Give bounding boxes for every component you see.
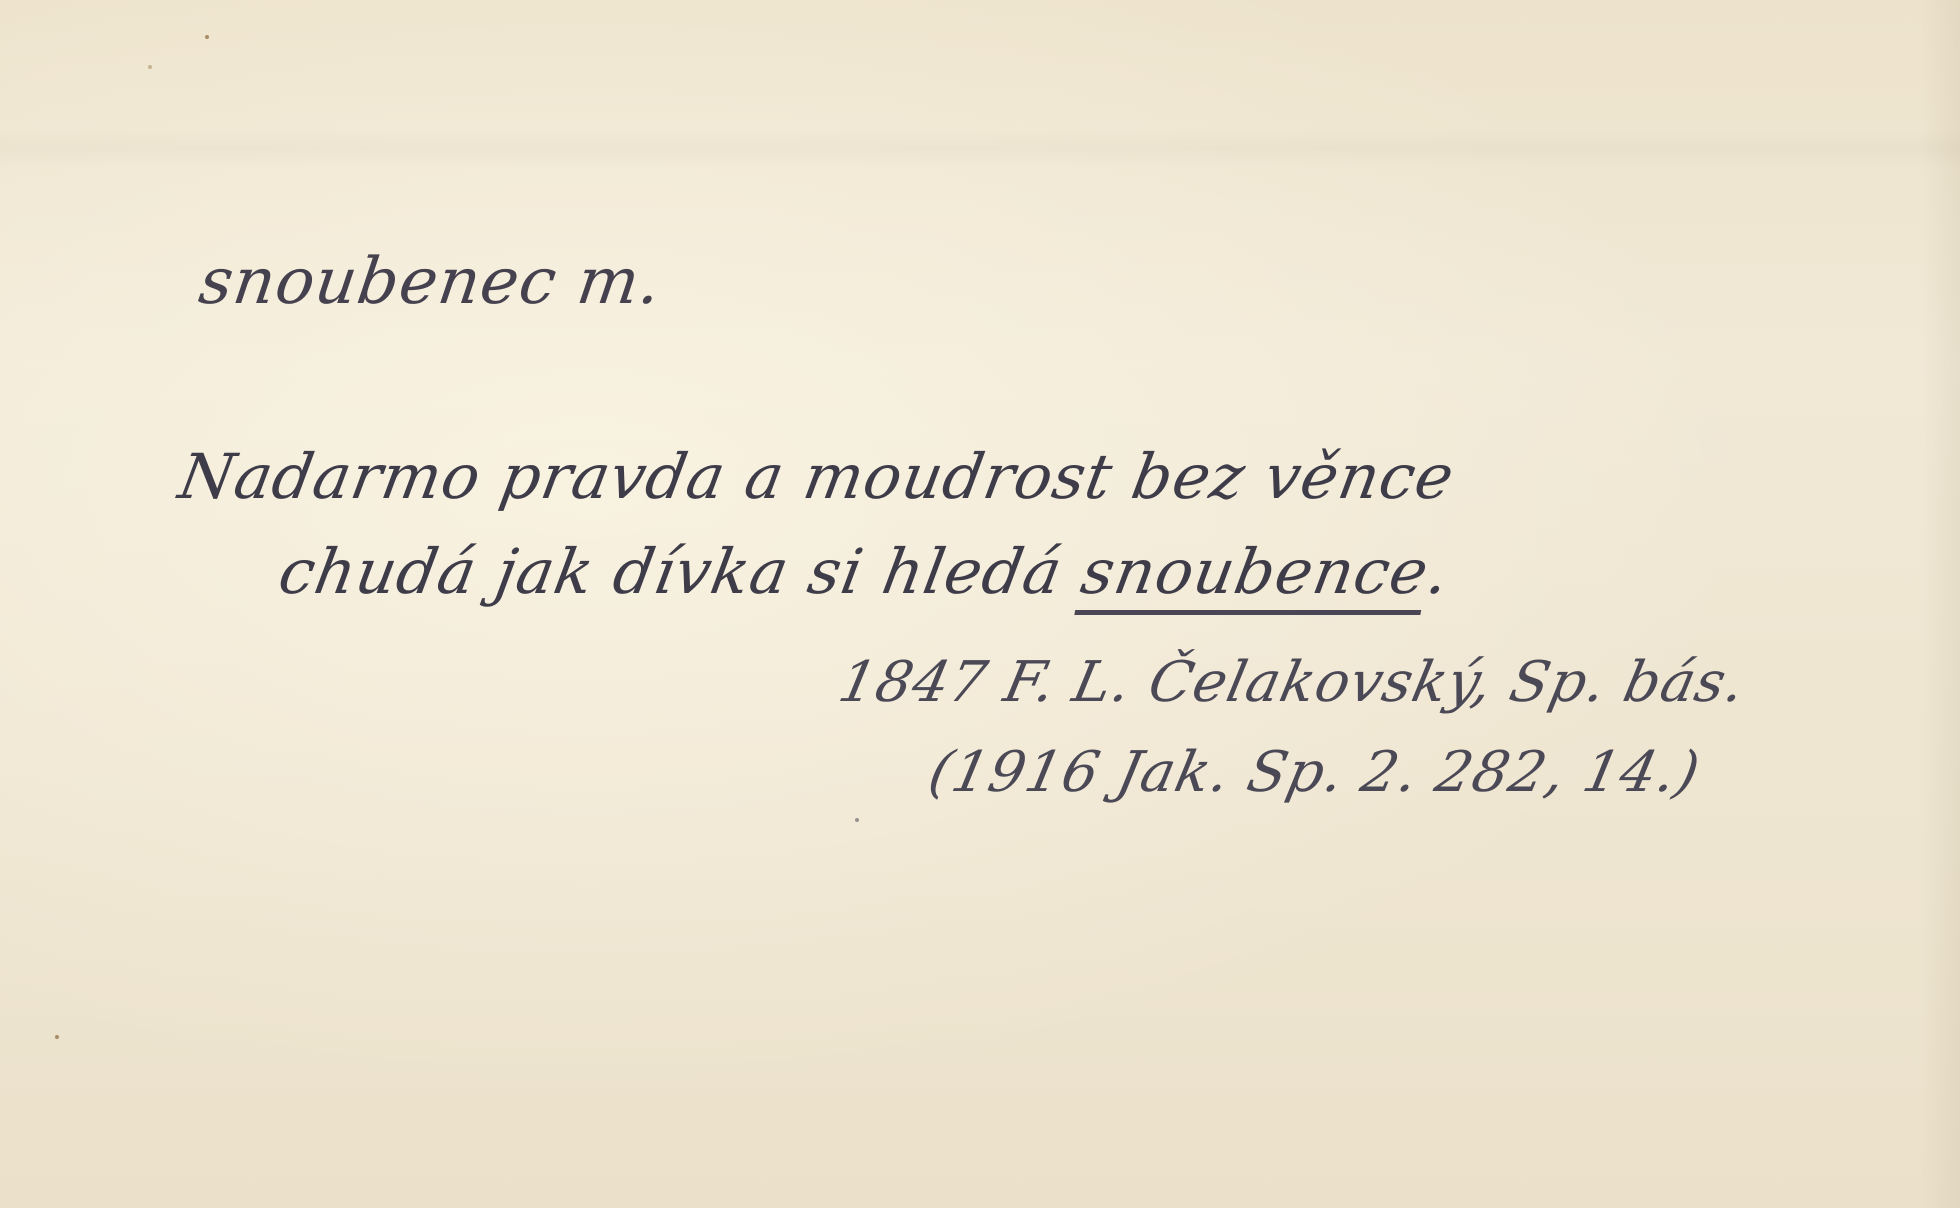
quotation-line-2: chudá jak dívka si hledá snoubence. [274, 535, 1456, 608]
paper-speck [855, 818, 859, 822]
source-citation-line-2: (1916 Jak. Sp. 2. 282, 14.) [923, 740, 1706, 805]
paper-speck [205, 35, 209, 39]
headword: snoubenec m. [195, 245, 666, 319]
paper-fold [0, 128, 1960, 168]
paper-speck [148, 65, 152, 69]
quotation-line-2-text: chudá jak dívka si hledá [274, 535, 1089, 608]
underlined-keyword: snoubence [1075, 535, 1435, 615]
quotation-line-1: Nadarmo pravda a moudrost bez věnce [174, 440, 1461, 513]
source-citation-line-1: 1847 F. L. Čelakovský, Sp. bás. [833, 650, 1751, 715]
lexicon-slip: snoubenec m. Nadarmo pravda a moudrost b… [0, 0, 1960, 1208]
paper-edge-shadow [1920, 0, 1960, 1208]
paper-speck [55, 1035, 59, 1039]
